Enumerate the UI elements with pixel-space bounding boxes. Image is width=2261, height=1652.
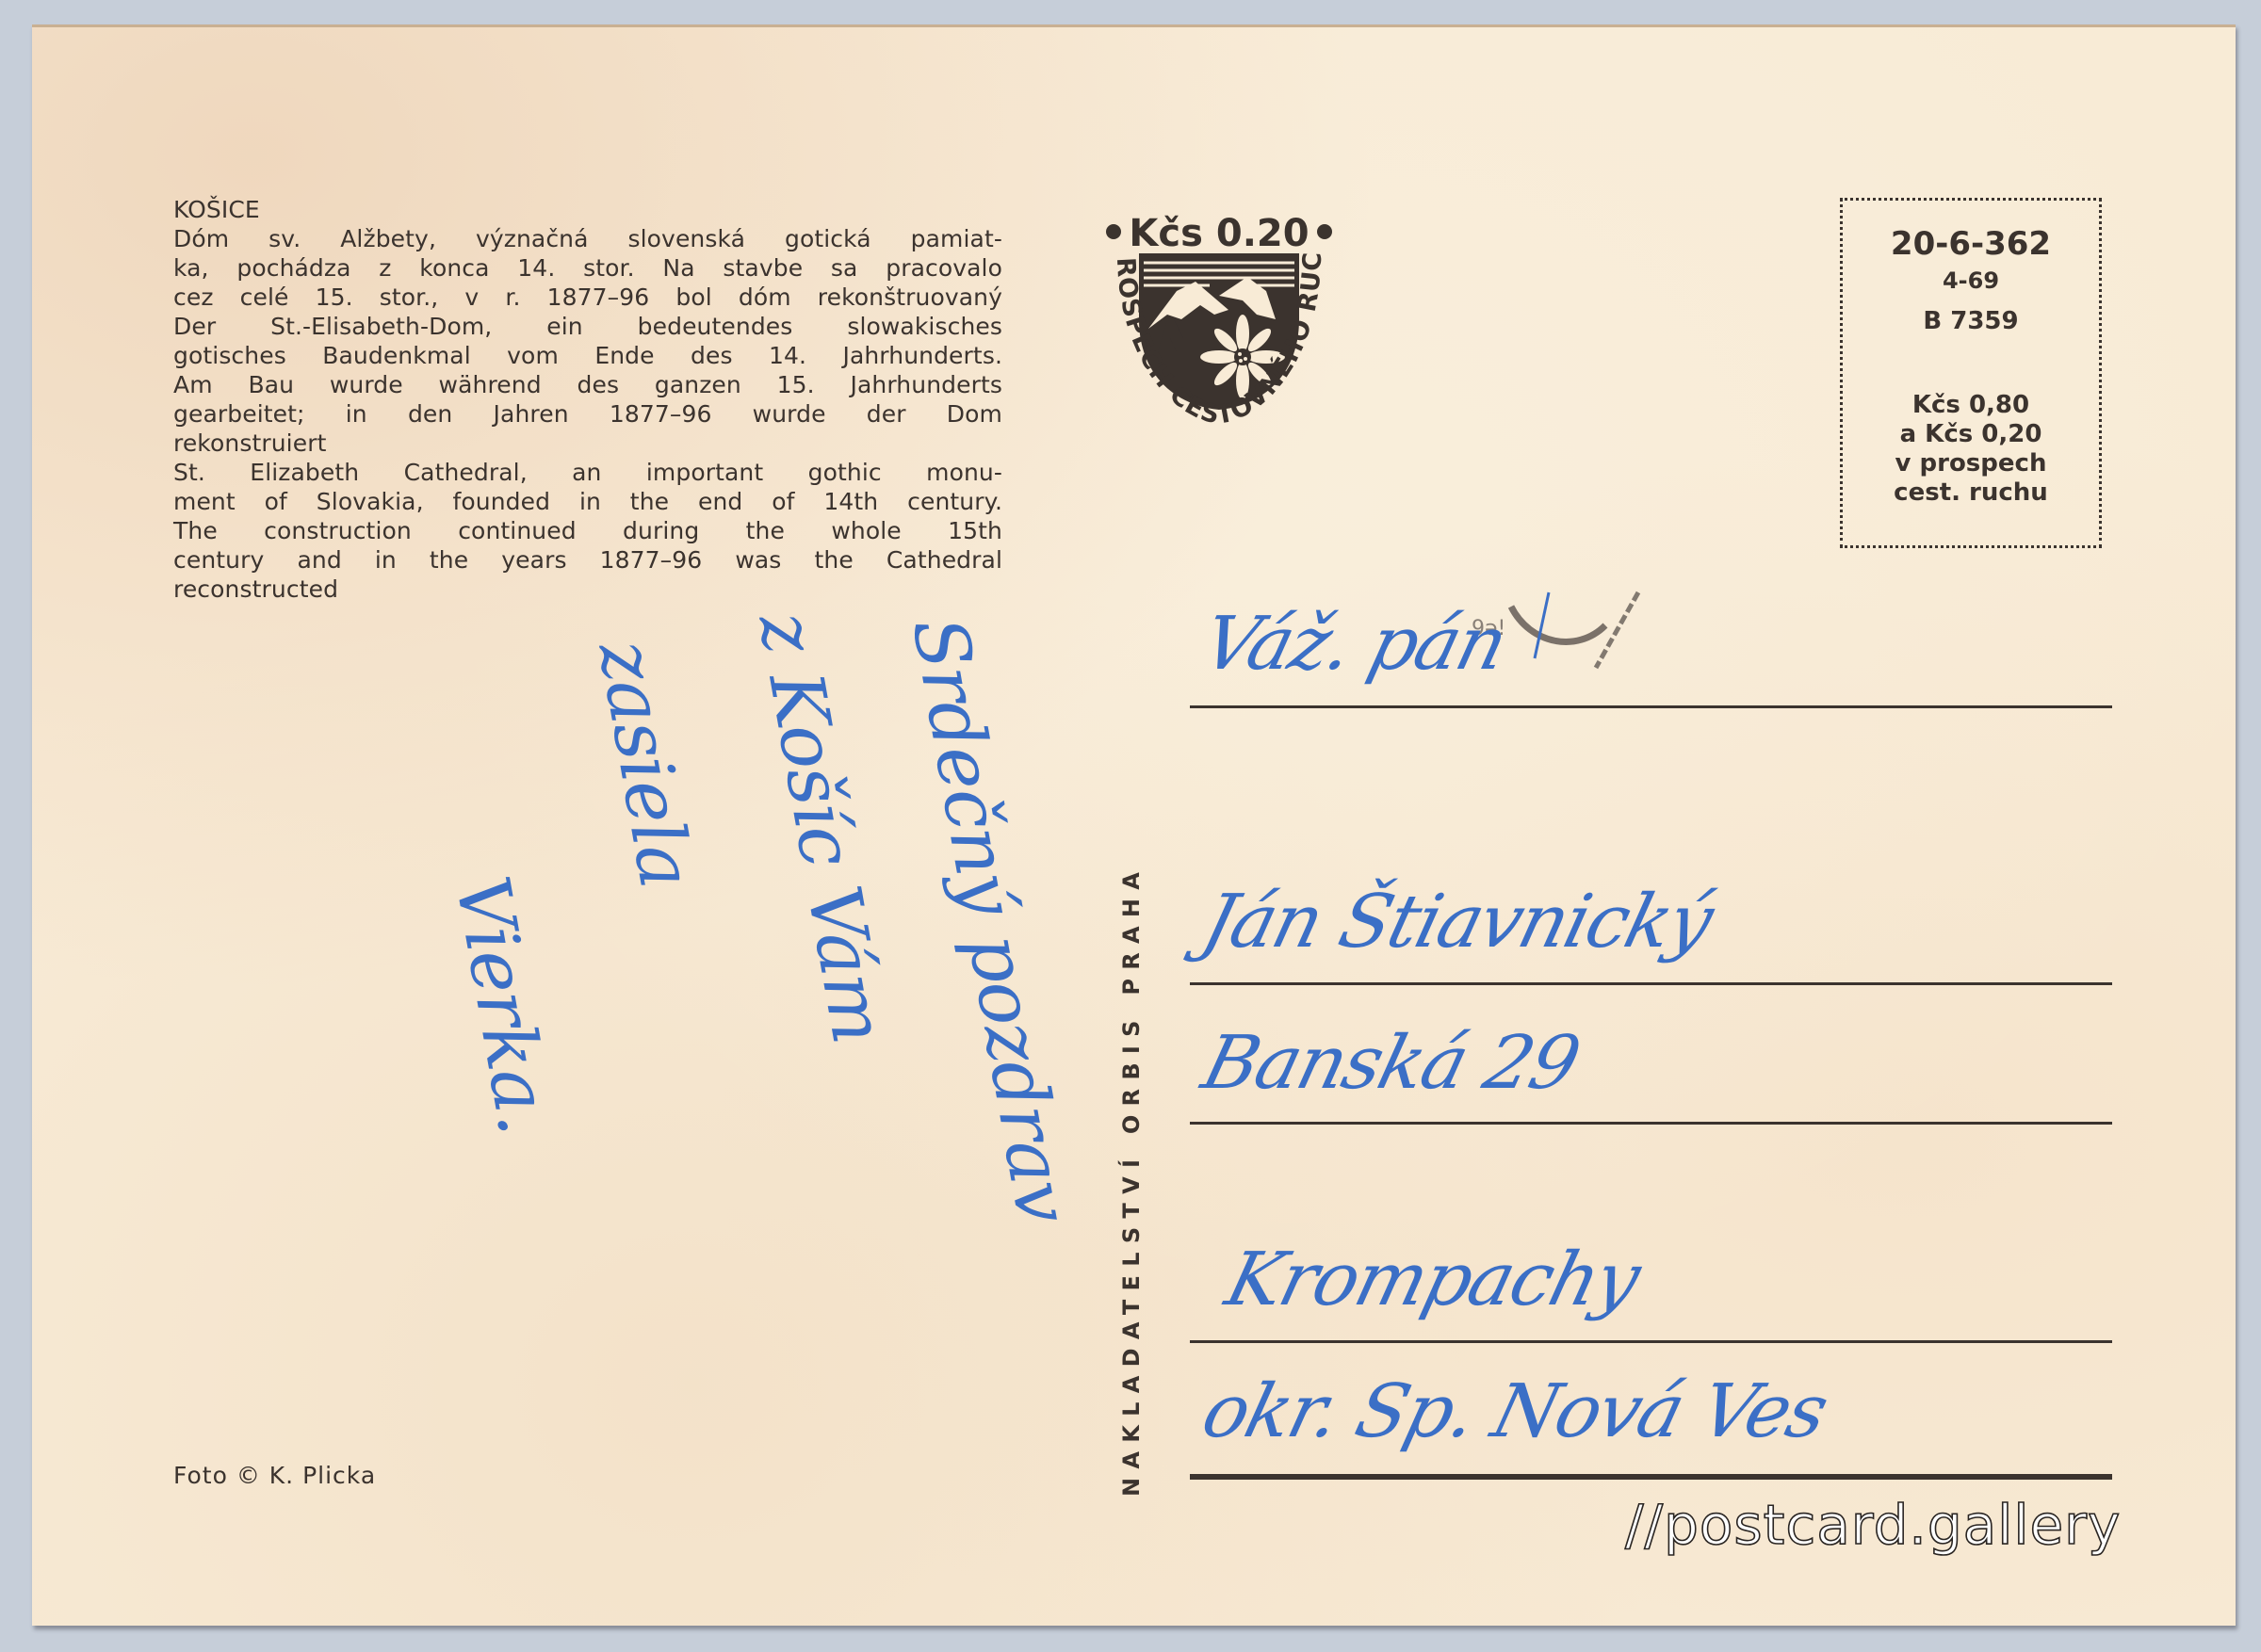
watermark-logo: //postcard.gallery	[1625, 1493, 2121, 1557]
postcard: KOŠICE Dóm sv. Alžbety, význačná slovens…	[32, 24, 2236, 1626]
publisher-label: NAKLADATELSTVÍ ORBIS PRAHA	[1118, 864, 1145, 1497]
description-line: ka, pochádza z konca 14. stor. Na stavbe…	[173, 253, 1002, 283]
message-line: zasiela	[581, 635, 708, 894]
description-line: Dóm sv. Alžbety, význačná slovenská goti…	[173, 224, 1002, 253]
address-salutation: Váž. pán	[1195, 602, 1514, 687]
tourism-stamp-logo: Kčs 0.20	[1097, 187, 1342, 442]
description-line: cez celé 15. stor., v r. 1877–96 bol dóm…	[173, 283, 1002, 312]
address-line	[1190, 982, 2112, 985]
address-line	[1190, 705, 2112, 708]
description-line: ment of Slovakia, founded in the end of …	[173, 487, 1002, 516]
address-line	[1190, 1474, 2112, 1480]
description-line: Der St.-Elisabeth-Dom, ein bedeutendes s…	[173, 312, 1002, 341]
description-title: KOŠICE	[173, 195, 1002, 224]
address-line	[1190, 1340, 2112, 1343]
dot-icon	[1317, 224, 1332, 239]
address-city: Krompachy	[1218, 1238, 1647, 1322]
description-line: Am Bau wurde während des ganzen 15. Jahr…	[173, 370, 1002, 399]
address-name: Ján Štiavnický	[1195, 880, 1720, 964]
description-line: rekonstruiert	[173, 429, 1002, 458]
dot-icon	[1106, 224, 1121, 239]
price-line: cest. ruchu	[1843, 478, 2099, 508]
address-line	[1190, 1122, 2112, 1125]
message-line: Vierka.	[438, 870, 566, 1140]
stamp-value: Kčs 0.20	[1129, 212, 1309, 255]
edition-code: 20-6-362	[1843, 225, 2099, 263]
edition-date: 4-69	[1843, 267, 2099, 295]
price-line: a Kčs 0,20	[1843, 420, 2099, 449]
address-street: Banská 29	[1195, 1021, 1586, 1106]
description-line: reconstructed	[173, 575, 1002, 604]
message-line: z Košíc Vám	[741, 607, 901, 1049]
price-line: v prospech	[1843, 449, 2099, 478]
price-line: Kčs 0,80	[1843, 391, 2099, 420]
description-line: gearbeitet; in den Jahren 1877–96 wurde …	[173, 399, 1002, 429]
description-line: century and in the years 1877–96 was the…	[173, 545, 1002, 575]
stamp-value-box: 20-6-362 4-69 B 7359 Kčs 0,80 a Kčs 0,20…	[1840, 198, 2102, 548]
description-block: KOŠICE Dóm sv. Alžbety, význačná slovens…	[173, 195, 1002, 604]
edition-series: B 7359	[1843, 306, 2099, 336]
description-line: St. Elizabeth Cathedral, an important go…	[173, 458, 1002, 487]
price-block: Kčs 0,80 a Kčs 0,20 v prospech cest. ruc…	[1843, 391, 2099, 508]
description-line: The construction continued during the wh…	[173, 516, 1002, 545]
photo-credit: Foto © K. Plicka	[173, 1462, 376, 1489]
message-line: Srdečný pozdrav	[895, 611, 1085, 1229]
address-district: okr. Sp. Nová Ves	[1195, 1369, 1835, 1454]
description-line: gotisches Baudenkmal vom Ende des 14. Ja…	[173, 341, 1002, 370]
